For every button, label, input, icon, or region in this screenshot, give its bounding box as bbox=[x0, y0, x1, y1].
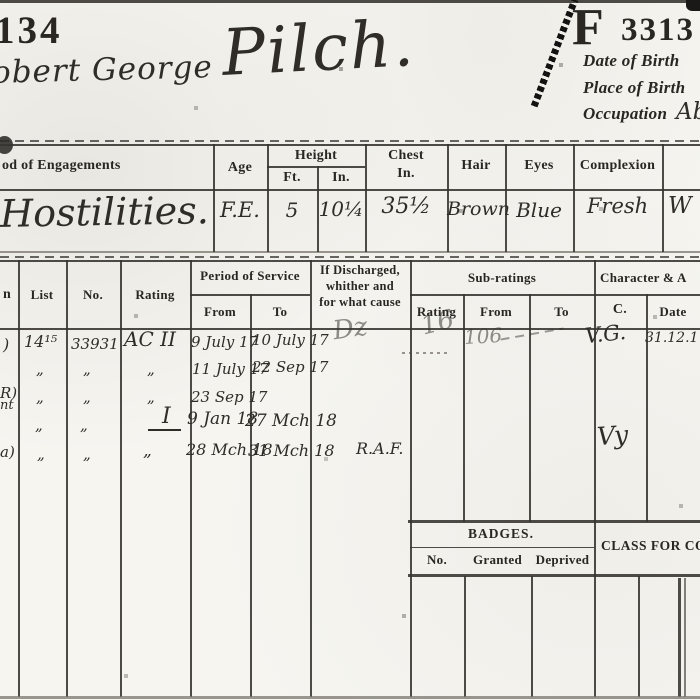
rating-header: Rating bbox=[120, 287, 190, 303]
engagements-header: od of Engagements bbox=[2, 158, 121, 174]
grid-line bbox=[0, 256, 700, 258]
complexion-value: Fresh bbox=[573, 194, 662, 218]
row3-from: 23 Sep 17 bbox=[191, 388, 267, 406]
age-value: F.E. bbox=[213, 198, 267, 222]
place-of-birth-label: Place of Birth bbox=[583, 78, 685, 98]
pencil-note-subfrom: 106 bbox=[463, 323, 502, 349]
grid-line bbox=[18, 260, 20, 697]
grid-line bbox=[310, 260, 312, 697]
period-of-service-header: Period of Service bbox=[190, 268, 310, 284]
row1-ship-partial: ) bbox=[3, 335, 9, 354]
row1-no: 33931 bbox=[71, 335, 119, 353]
character-value-2: Vy bbox=[596, 420, 629, 451]
pencil-dotted-trail bbox=[402, 352, 450, 354]
row2-no-ditto: „ bbox=[83, 360, 91, 378]
row2-rating-ditto: „ bbox=[147, 360, 155, 378]
row5-discharge-cause: R.A.F. bbox=[356, 439, 403, 458]
row5-no-ditto: „ bbox=[83, 445, 91, 463]
grid-line bbox=[410, 294, 594, 296]
discharged-header-line3: for what cause bbox=[310, 295, 410, 310]
grid-line bbox=[267, 166, 365, 168]
height-in-value: 10¼ bbox=[317, 197, 365, 221]
discharged-header-line1: If Discharged, bbox=[310, 263, 410, 278]
no-header: No. bbox=[66, 287, 120, 303]
badges-no-header: No. bbox=[410, 552, 464, 568]
badges-granted-header: Granted bbox=[464, 552, 531, 568]
date-of-birth-label: Date of Birth bbox=[583, 51, 679, 71]
row1-rating: AC II bbox=[124, 327, 176, 351]
row4-list-ditto: „ bbox=[35, 416, 43, 434]
height-header: Height bbox=[267, 148, 365, 164]
character-date-1: 31.12.17 bbox=[645, 330, 700, 346]
from-header: From bbox=[190, 304, 250, 320]
recruit-forenames: obert George bbox=[0, 49, 213, 91]
to-header: To bbox=[250, 304, 310, 320]
sub-from-header: From bbox=[463, 304, 529, 320]
c-header: C. bbox=[594, 302, 646, 318]
ship-header-partial: n bbox=[3, 287, 11, 303]
discharged-header-line2: whither and bbox=[310, 279, 410, 294]
row3-ship-partial2: nt bbox=[0, 398, 14, 413]
bottom-border-line bbox=[0, 696, 700, 699]
row2-to: 22 Sep 17 bbox=[252, 358, 328, 376]
occupation-label: Occupation bbox=[583, 104, 667, 124]
grid-line bbox=[464, 576, 466, 697]
badges-deprived-header: Deprived bbox=[531, 552, 594, 568]
age-header: Age bbox=[213, 160, 267, 176]
form-right-edge-line bbox=[684, 578, 686, 697]
grid-line bbox=[0, 251, 700, 253]
pencil-note-subrating: 16 bbox=[418, 304, 457, 341]
date-header: Date bbox=[646, 304, 700, 320]
service-record-page: 134 obert George Pilch. F 3313 Date of B… bbox=[0, 0, 700, 700]
row3-no-ditto: „ bbox=[83, 388, 91, 406]
row5-ship-partial: a) bbox=[0, 443, 15, 461]
sub-to-header: To bbox=[529, 304, 594, 320]
chest-value: 35½ bbox=[365, 194, 447, 219]
height-ft-value: 5 bbox=[267, 198, 317, 222]
grid-line bbox=[250, 294, 252, 697]
row4-to: 27 Mch 18 bbox=[245, 411, 337, 431]
grid-line bbox=[410, 547, 594, 548]
grid-line bbox=[646, 294, 648, 522]
service-number: 3313 bbox=[621, 12, 695, 49]
grid-line bbox=[0, 144, 700, 146]
character-header-partial: Character & A bbox=[600, 270, 687, 286]
row2-list-ditto: „ bbox=[36, 360, 44, 378]
grid-line bbox=[408, 520, 700, 523]
row4-rating-numeral: I bbox=[148, 404, 181, 431]
badges-title: BADGES. bbox=[408, 526, 594, 542]
row5-to: 31 Mch 18 bbox=[248, 441, 335, 460]
row5-list-ditto: „ bbox=[37, 445, 45, 463]
row4-no-ditto: „ bbox=[80, 416, 88, 434]
chest-in-header: In. bbox=[365, 166, 447, 182]
folio-number: 134 bbox=[0, 8, 63, 53]
grid-line bbox=[0, 140, 700, 142]
form-right-edge-line bbox=[678, 578, 681, 697]
series-letter: F bbox=[572, 0, 604, 57]
engagements-value: Hostilities. bbox=[0, 188, 209, 236]
subratings-header: Sub-ratings bbox=[410, 270, 594, 286]
grid-line bbox=[190, 260, 192, 697]
chest-header: Chest bbox=[365, 148, 447, 164]
row1-to: 10 July 17 bbox=[252, 331, 329, 349]
height-ft-header: Ft. bbox=[267, 170, 317, 186]
occupation-value: Ab bbox=[676, 99, 700, 125]
extra-column-value: W bbox=[668, 193, 692, 219]
hair-value: Brown bbox=[447, 198, 505, 220]
grid-line bbox=[529, 294, 531, 522]
row4-rating: I bbox=[148, 404, 181, 429]
hair-header: Hair bbox=[447, 158, 505, 174]
class-for-conduct-label: CLASS FOR CO bbox=[601, 538, 700, 554]
scan-corner-blot bbox=[686, 0, 700, 11]
recruit-surname: Pilch. bbox=[220, 7, 417, 91]
pencil-note-cause: Dz bbox=[331, 312, 369, 347]
grid-line bbox=[120, 260, 122, 697]
grid-line bbox=[531, 576, 533, 697]
grid-line bbox=[66, 260, 68, 697]
character-value-1: V.G. bbox=[584, 320, 627, 348]
height-in-header: In. bbox=[317, 170, 365, 186]
complexion-header: Complexion bbox=[573, 158, 662, 174]
list-header: List bbox=[18, 287, 66, 303]
grid-line bbox=[408, 574, 700, 577]
row1-list: 14¹⁵ bbox=[24, 332, 57, 351]
row3-list-ditto: „ bbox=[36, 388, 44, 406]
row5-rating-ditto: „ bbox=[143, 441, 152, 461]
row1-from: 9 July 17 bbox=[191, 333, 258, 351]
grid-line bbox=[662, 144, 664, 252]
eyes-header: Eyes bbox=[505, 158, 573, 174]
grid-line bbox=[638, 576, 640, 697]
eyes-value: Blue bbox=[505, 198, 573, 222]
grid-line bbox=[410, 260, 412, 697]
